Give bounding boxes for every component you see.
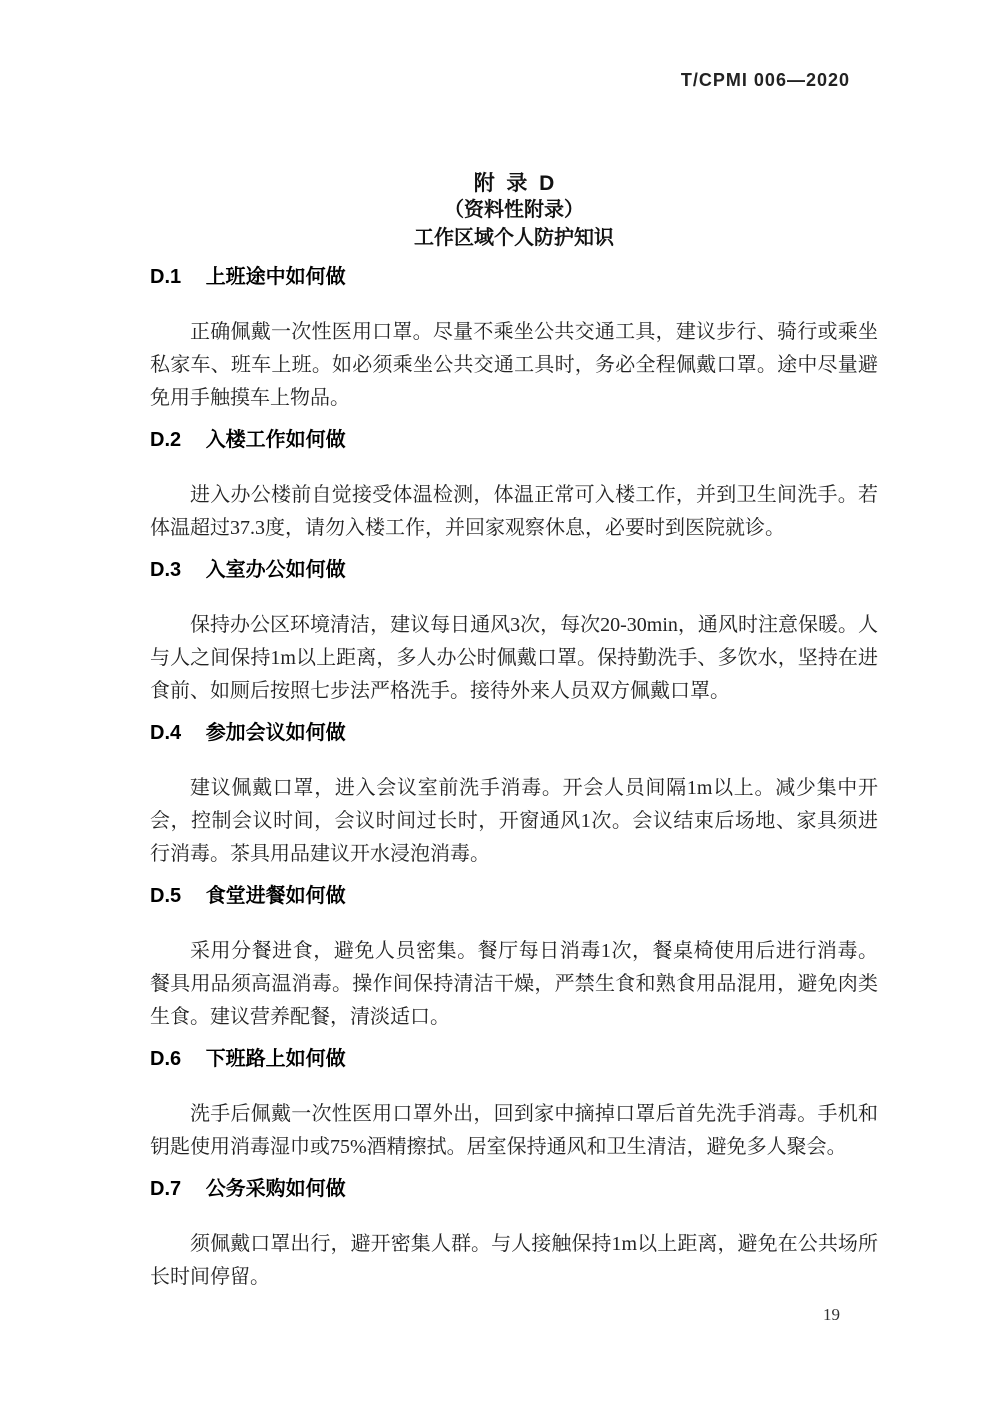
section-title: 入楼工作如何做 bbox=[206, 427, 346, 453]
section-title: 入室办公如何做 bbox=[206, 557, 346, 583]
section-number: D.7 bbox=[150, 1176, 181, 1202]
section-heading: D.2 入楼工作如何做 bbox=[150, 427, 878, 453]
section-title: 参加会议如何做 bbox=[206, 720, 346, 746]
section-heading: D.6 下班路上如何做 bbox=[150, 1046, 878, 1072]
section-title: 上班途中如何做 bbox=[206, 264, 346, 290]
section-title: 食堂进餐如何做 bbox=[206, 883, 346, 909]
section-heading: D.3 入室办公如何做 bbox=[150, 557, 878, 583]
section-paragraph: 正确佩戴一次性医用口罩。尽量不乘坐公共交通工具，建议步行、骑行或乘坐私家车、班车… bbox=[150, 316, 878, 415]
section-paragraph: 须佩戴口罩出行，避开密集人群。与人接触保持1m以上距离，避免在公共场所长时间停留… bbox=[150, 1228, 878, 1294]
section-heading: D.7 公务采购如何做 bbox=[150, 1176, 878, 1202]
section-paragraph: 进入办公楼前自觉接受体温检测，体温正常可入楼工作，并到卫生间洗手。若体温超过37… bbox=[150, 479, 878, 545]
section-number: D.2 bbox=[150, 427, 181, 453]
section-number: D.1 bbox=[150, 264, 181, 290]
section-paragraph: 洗手后佩戴一次性医用口罩外出，回到家中摘掉口罩后首先洗手消毒。手机和钥匙使用消毒… bbox=[150, 1098, 878, 1164]
appendix-note: （资料性附录） bbox=[150, 197, 878, 224]
section-number: D.6 bbox=[150, 1046, 181, 1072]
section-number: D.3 bbox=[150, 557, 181, 583]
section-d5: D.5 食堂进餐如何做 采用分餐进食，避免人员密集。餐厅每日消毒1次，餐桌椅使用… bbox=[150, 883, 878, 1034]
section-d4: D.4 参加会议如何做 建议佩戴口罩，进入会议室前洗手消毒。开会人员间隔1m以上… bbox=[150, 720, 878, 871]
section-d7: D.7 公务采购如何做 须佩戴口罩出行，避开密集人群。与人接触保持1m以上距离，… bbox=[150, 1176, 878, 1294]
appendix-title-block: 附 录 D （资料性附录） 工作区域个人防护知识 bbox=[150, 170, 878, 252]
section-paragraph: 采用分餐进食，避免人员密集。餐厅每日消毒1次，餐桌椅使用后进行消毒。餐具用品须高… bbox=[150, 935, 878, 1034]
section-heading: D.1 上班途中如何做 bbox=[150, 264, 878, 290]
appendix-title: 附 录 D bbox=[150, 170, 878, 197]
section-number: D.5 bbox=[150, 883, 181, 909]
section-paragraph: 建议佩戴口罩，进入会议室前洗手消毒。开会人员间隔1m以上。减少集中开会，控制会议… bbox=[150, 772, 878, 871]
section-number: D.4 bbox=[150, 720, 181, 746]
section-paragraph: 保持办公区环境清洁，建议每日通风3次，每次20-30min，通风时注意保暖。人与… bbox=[150, 609, 878, 708]
section-heading: D.4 参加会议如何做 bbox=[150, 720, 878, 746]
section-d3: D.3 入室办公如何做 保持办公区环境清洁，建议每日通风3次，每次20-30mi… bbox=[150, 557, 878, 708]
section-d1: D.1 上班途中如何做 正确佩戴一次性医用口罩。尽量不乘坐公共交通工具，建议步行… bbox=[150, 264, 878, 415]
page-number: 19 bbox=[150, 1305, 840, 1325]
section-heading: D.5 食堂进餐如何做 bbox=[150, 883, 878, 909]
section-title: 下班路上如何做 bbox=[206, 1046, 346, 1072]
document-page: T/CPMI 006—2020 附 录 D （资料性附录） 工作区域个人防护知识… bbox=[0, 0, 1000, 1415]
page-content: 附 录 D （资料性附录） 工作区域个人防护知识 D.1 上班途中如何做 正确佩… bbox=[150, 0, 878, 1294]
appendix-subject: 工作区域个人防护知识 bbox=[150, 224, 878, 252]
section-d2: D.2 入楼工作如何做 进入办公楼前自觉接受体温检测，体温正常可入楼工作，并到卫… bbox=[150, 427, 878, 545]
section-d6: D.6 下班路上如何做 洗手后佩戴一次性医用口罩外出，回到家中摘掉口罩后首先洗手… bbox=[150, 1046, 878, 1164]
section-title: 公务采购如何做 bbox=[206, 1176, 346, 1202]
